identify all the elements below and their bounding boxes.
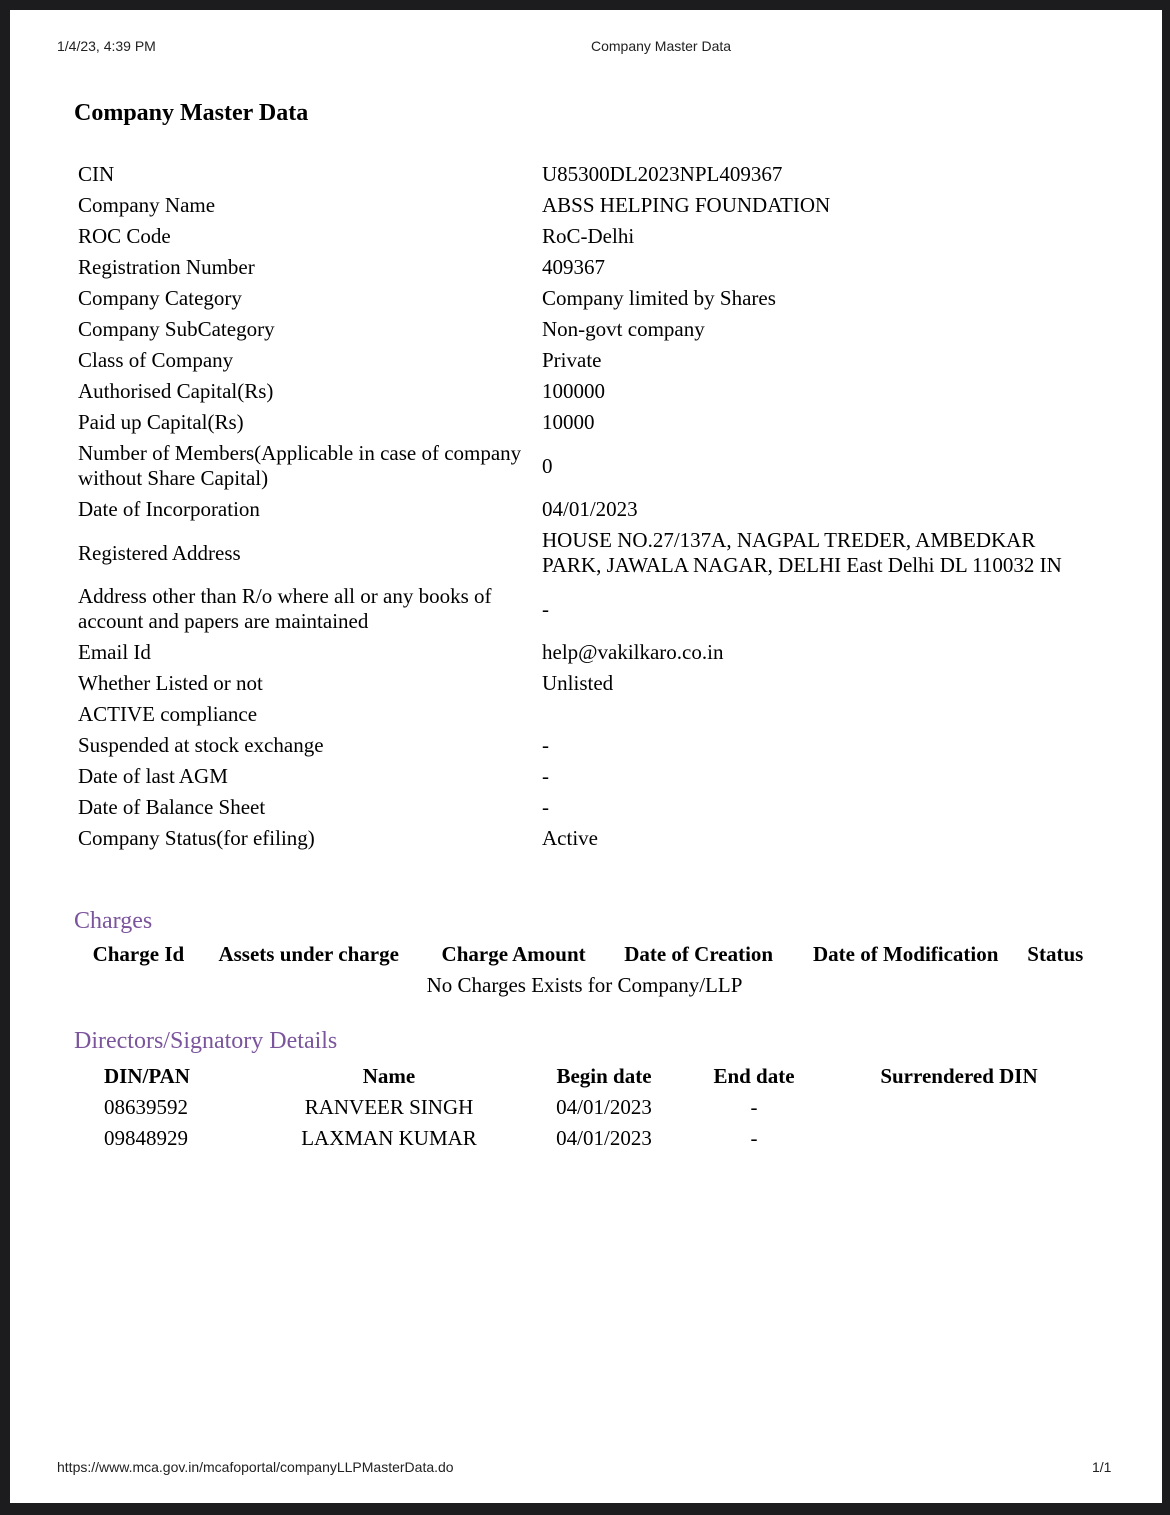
field-value: ABSS HELPING FOUNDATION [542, 191, 1082, 220]
master-data-row: Suspended at stock exchange- [78, 731, 1082, 760]
field-label: Paid up Capital(Rs) [78, 408, 538, 437]
field-value: Active [542, 824, 1082, 853]
field-label: Company Status(for efiling) [78, 824, 538, 853]
field-value: 409367 [542, 253, 1082, 282]
field-value: RoC-Delhi [542, 222, 1082, 251]
field-label: Suspended at stock exchange [78, 731, 538, 760]
master-data-row: Number of Members(Applicable in case of … [78, 439, 1082, 493]
col-date-of-creation: Date of Creation [607, 940, 791, 971]
company-master-table: CINU85300DL2023NPL409367Company NameABSS… [74, 158, 1086, 855]
master-data-row: Company NameABSS HELPING FOUNDATION [78, 191, 1082, 220]
print-header-title: Company Master Data [591, 38, 731, 54]
field-label: Date of Balance Sheet [78, 793, 538, 822]
field-value: 10000 [542, 408, 1082, 437]
field-value: U85300DL2023NPL409367 [542, 160, 1082, 189]
field-value: Non-govt company [542, 315, 1082, 344]
col-status: Status [1021, 940, 1090, 971]
field-value: - [542, 731, 1082, 760]
field-label: Number of Members(Applicable in case of … [78, 439, 538, 493]
printed-page: 1/4/23, 4:39 PM Company Master Data Comp… [10, 10, 1162, 1503]
directors-table: DIN/PAN Name Begin date End date Surrend… [90, 1062, 1084, 1155]
director-row: 08639592RANVEER SINGH04/01/2023- [90, 1093, 1084, 1124]
field-label: Authorised Capital(Rs) [78, 377, 538, 406]
field-label: Whether Listed or not [78, 669, 538, 698]
charges-table: Charge IdAssets under chargeCharge Amoun… [80, 940, 1090, 999]
charges-empty-message: No Charges Exists for Company/LLP [80, 971, 1090, 999]
col-charge-id: Charge Id [80, 940, 197, 971]
director-surrendered-din [834, 1093, 1084, 1124]
field-label: Registration Number [78, 253, 538, 282]
field-label: Date of last AGM [78, 762, 538, 791]
master-data-row: ACTIVE compliance [78, 700, 1082, 729]
master-data-row: Company Status(for efiling)Active [78, 824, 1082, 853]
col-charge-amount: Charge Amount [421, 940, 607, 971]
field-value: Unlisted [542, 669, 1082, 698]
master-data-row: Registered AddressHOUSE NO.27/137A, NAGP… [78, 526, 1082, 580]
charges-heading: Charges [74, 908, 152, 935]
print-header-datetime: 1/4/23, 4:39 PM [57, 38, 156, 54]
field-value: - [542, 762, 1082, 791]
field-value [542, 700, 1082, 729]
field-value: - [542, 793, 1082, 822]
master-data-row: Registration Number409367 [78, 253, 1082, 282]
print-footer-page-number: 1/1 [1092, 1459, 1111, 1475]
field-label: Address other than R/o where all or any … [78, 582, 538, 636]
field-label: Email Id [78, 638, 538, 667]
col-name: Name [244, 1062, 534, 1093]
field-label: ROC Code [78, 222, 538, 251]
col-din-pan: DIN/PAN [90, 1062, 244, 1093]
master-data-row: CINU85300DL2023NPL409367 [78, 160, 1082, 189]
field-value: Company limited by Shares [542, 284, 1082, 313]
director-surrendered-din [834, 1124, 1084, 1155]
col-surrendered-din: Surrendered DIN [834, 1062, 1084, 1093]
director-name: LAXMAN KUMAR [244, 1124, 534, 1155]
field-label: CIN [78, 160, 538, 189]
field-value: help@vakilkaro.co.in [542, 638, 1082, 667]
col-assets-under-charge: Assets under charge [197, 940, 421, 971]
field-value: 04/01/2023 [542, 495, 1082, 524]
director-begin-date: 04/01/2023 [534, 1124, 674, 1155]
field-label: Company Category [78, 284, 538, 313]
director-name: RANVEER SINGH [244, 1093, 534, 1124]
field-label: ACTIVE compliance [78, 700, 538, 729]
print-footer-url: https://www.mca.gov.in/mcafoportal/compa… [57, 1459, 454, 1475]
master-data-row: Company CategoryCompany limited by Share… [78, 284, 1082, 313]
master-data-row: Company SubCategoryNon-govt company [78, 315, 1082, 344]
field-value: 100000 [542, 377, 1082, 406]
master-data-row: ROC CodeRoC-Delhi [78, 222, 1082, 251]
page-title: Company Master Data [74, 100, 308, 127]
director-row: 09848929LAXMAN KUMAR04/01/2023- [90, 1124, 1084, 1155]
field-value: Private [542, 346, 1082, 375]
col-begin-date: Begin date [534, 1062, 674, 1093]
field-label: Company SubCategory [78, 315, 538, 344]
master-data-row: Email Idhelp@vakilkaro.co.in [78, 638, 1082, 667]
col-date-of-modification: Date of Modification [791, 940, 1021, 971]
master-data-row: Date of last AGM- [78, 762, 1082, 791]
field-label: Date of Incorporation [78, 495, 538, 524]
director-end-date: - [674, 1093, 834, 1124]
master-data-row: Paid up Capital(Rs)10000 [78, 408, 1082, 437]
directors-header-row: DIN/PAN Name Begin date End date Surrend… [90, 1062, 1084, 1093]
field-label: Class of Company [78, 346, 538, 375]
col-end-date: End date [674, 1062, 834, 1093]
master-data-row: Date of Incorporation04/01/2023 [78, 495, 1082, 524]
directors-heading: Directors/Signatory Details [74, 1028, 337, 1055]
director-end-date: - [674, 1124, 834, 1155]
field-value: 0 [542, 439, 1082, 493]
master-data-row: Address other than R/o where all or any … [78, 582, 1082, 636]
field-value: HOUSE NO.27/137A, NAGPAL TREDER, AMBEDKA… [542, 526, 1082, 580]
director-din: 08639592 [90, 1093, 244, 1124]
director-begin-date: 04/01/2023 [534, 1093, 674, 1124]
field-value: - [542, 582, 1082, 636]
field-label: Registered Address [78, 526, 538, 580]
field-label: Company Name [78, 191, 538, 220]
charges-header-row: Charge IdAssets under chargeCharge Amoun… [80, 940, 1090, 971]
master-data-row: Class of CompanyPrivate [78, 346, 1082, 375]
master-data-row: Authorised Capital(Rs)100000 [78, 377, 1082, 406]
charges-empty-row: No Charges Exists for Company/LLP [80, 971, 1090, 999]
master-data-row: Whether Listed or notUnlisted [78, 669, 1082, 698]
master-data-row: Date of Balance Sheet- [78, 793, 1082, 822]
director-din: 09848929 [90, 1124, 244, 1155]
